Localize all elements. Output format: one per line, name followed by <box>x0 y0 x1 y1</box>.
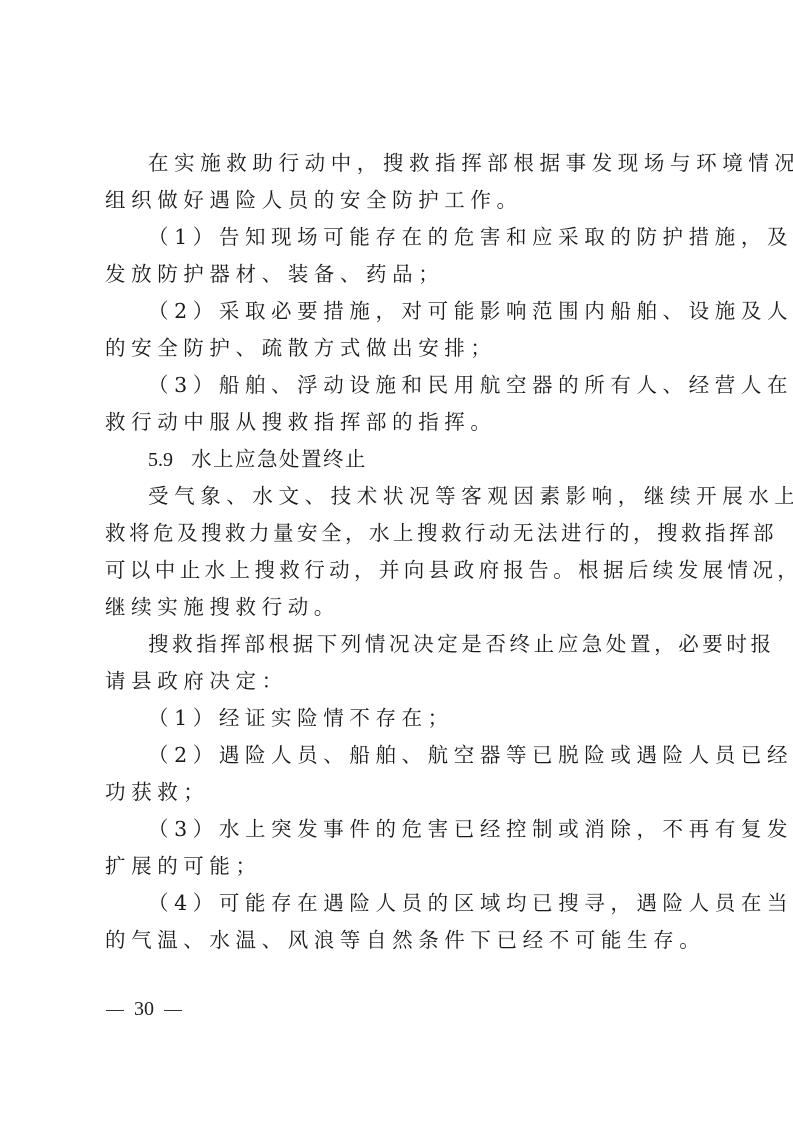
paragraph-line: 可以中止水上搜救行动，并向县政府报告。根据后续发展情况， <box>105 552 699 589</box>
page-number-value: 30 <box>134 998 154 1020</box>
page-number: 30 <box>106 998 182 1021</box>
section-heading: 5.9水上应急处置终止 <box>105 441 699 478</box>
paragraph-line: 受气象、水文、技术状况等客观因素影响，继续开展水上搜 <box>105 478 699 515</box>
list-item-line: （1）经证实险情不存在； <box>105 700 699 737</box>
list-item-line: （3）船舶、浮动设施和民用航空器的所有人、经营人在搜 <box>105 367 699 404</box>
document-body: 在实施救助行动中，搜救指挥部根据事发现场与环境情况， 组织做好遇险人员的安全防护… <box>105 145 699 959</box>
dash-left <box>106 1010 124 1011</box>
paragraph-line: 搜救指挥部根据下列情况决定是否终止应急处置，必要时报 <box>105 626 699 663</box>
section-title: 水上应急处置终止 <box>191 447 367 471</box>
list-item-line: 扩展的可能； <box>105 848 699 885</box>
list-item-line: （2）采取必要措施，对可能影响范围内船舶、设施及人员 <box>105 293 699 330</box>
list-item-line: （4）可能存在遇险人员的区域均已搜寻，遇险人员在当时 <box>105 885 699 922</box>
list-item-line: （3）水上突发事件的危害已经控制或消除，不再有复发或 <box>105 811 699 848</box>
list-item-line: （1）告知现场可能存在的危害和应采取的防护措施，及时 <box>105 219 699 256</box>
list-item-line: 救行动中服从搜救指挥部的指挥。 <box>105 404 699 441</box>
list-item-line: 发放防护器材、装备、药品； <box>105 256 699 293</box>
section-number: 5.9 <box>148 449 173 471</box>
paragraph-line: 继续实施搜救行动。 <box>105 589 699 626</box>
paragraph-line: 组织做好遇险人员的安全防护工作。 <box>105 182 699 219</box>
list-item-line: 功获救； <box>105 774 699 811</box>
dash-right <box>164 1010 182 1011</box>
paragraph-line: 在实施救助行动中，搜救指挥部根据事发现场与环境情况， <box>105 145 699 182</box>
paragraph-line: 救将危及搜救力量安全，水上搜救行动无法进行的，搜救指挥部 <box>105 515 699 552</box>
list-item-line: 的安全防护、疏散方式做出安排； <box>105 330 699 367</box>
paragraph-line: 请县政府决定： <box>105 663 699 700</box>
document-page: 在实施救助行动中，搜救指挥部根据事发现场与环境情况， 组织做好遇险人员的安全防护… <box>0 0 793 1122</box>
list-item-line: （2）遇险人员、船舶、航空器等已脱险或遇险人员已经成 <box>105 737 699 774</box>
list-item-line: 的气温、水温、风浪等自然条件下已经不可能生存。 <box>105 922 699 959</box>
